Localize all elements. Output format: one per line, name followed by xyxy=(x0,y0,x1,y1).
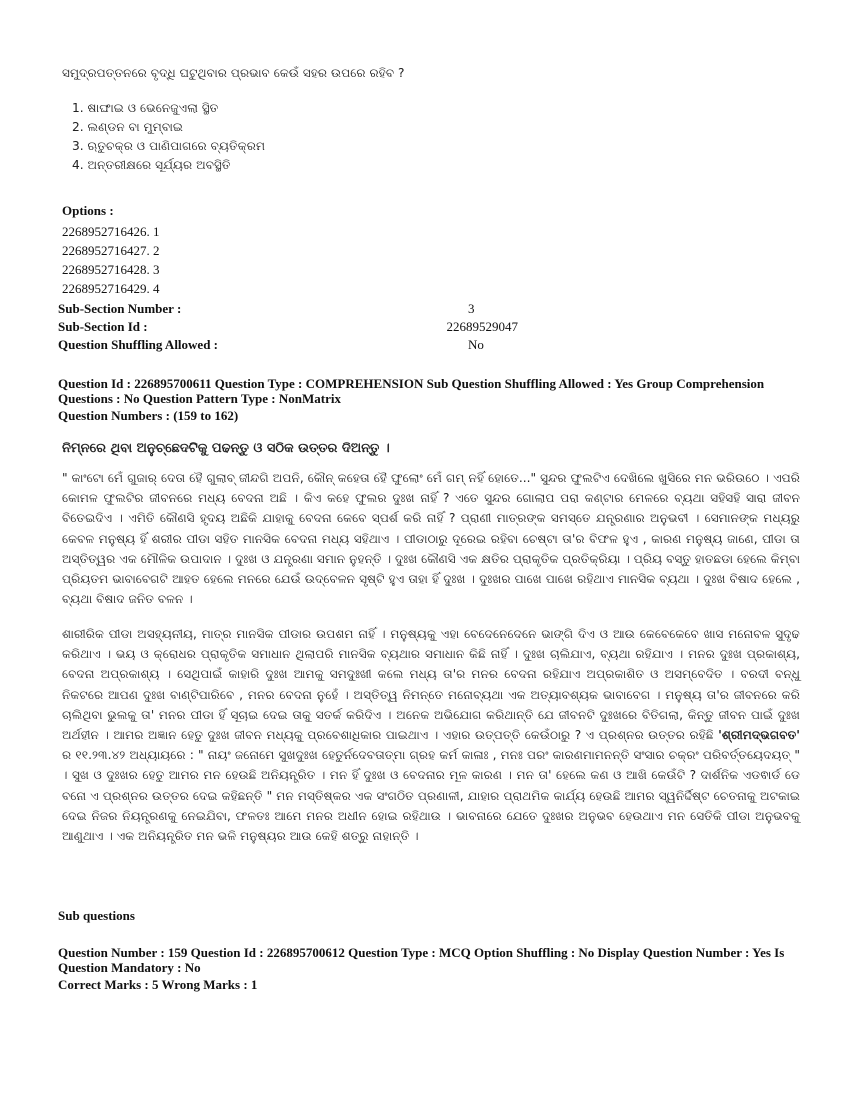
marks-info: Correct Marks : 5 Wrong Marks : 1 xyxy=(58,977,257,993)
question-numbers: Question Numbers : (159 to 162) xyxy=(58,408,238,424)
subsection-meta: Sub-Section Number : 3 Sub-Section Id : … xyxy=(58,300,518,354)
passage-paragraph-2: ଶାରୀରିକ ପୀଡା ଅସହ୍ୟନୀୟ, ମାତ୍ର ମାନସିକ ପୀଡା… xyxy=(62,624,800,846)
sub-question-header: Question Number : 159 Question Id : 2268… xyxy=(58,945,803,975)
question-text: ସମୁଦ୍ରପତ୍ତନରେ ବୃଦ୍ଧି ଘଟୁଥିବାର ପ୍ରଭାବ କେଉ… xyxy=(62,66,405,81)
passage-paragraph-1: " କାଂଟୋ ମେଁ ଗୁଜାର୍ ଦେତା ହୈ ଗୁଲାବ୍ ଜୀନ୍ଦଗ… xyxy=(62,468,800,609)
meta-key: Sub-Section Id : xyxy=(58,318,447,336)
choice-3: 3. ଋତୁଚକ୍ର ଓ ପାଣିପାଗରେ ବ୍ୟତିକ୍ରମ xyxy=(72,137,265,156)
shuffling-row: Question Shuffling Allowed : No xyxy=(58,336,518,354)
choice-1: 1. ଷାଙ୍ଘାଇ ଓ ଭେନେଜୁଏଲା ସ୍ଥିତ xyxy=(72,99,265,118)
scripture-title: 'ଶ୍ରୀମଦ୍ଭଗବତ' xyxy=(718,728,800,742)
passage-text: ର ୧୧.୨୩.୪୨ ଅଧ୍ୟାୟରେ : " ନାୟଂ ଜନୋମେ ସୁଖଦୁ… xyxy=(62,748,800,843)
subsection-id-row: Sub-Section Id : 22689529047 xyxy=(58,318,518,336)
question-choices: 1. ଷାଙ୍ଘାଇ ଓ ଭେନେଜୁଏଲା ସ୍ଥିତ 2. ଲଣ୍ଡନ ବା… xyxy=(72,99,265,175)
option-ids-list: 2268952716426. 1 2268952716427. 2 226895… xyxy=(62,222,160,298)
passage-text: ଶାରୀରିକ ପୀଡା ଅସହ୍ୟନୀୟ, ମାତ୍ର ମାନସିକ ପୀଡା… xyxy=(62,627,800,742)
option-id-3: 2268952716428. 3 xyxy=(62,260,160,279)
meta-value: No xyxy=(468,336,518,354)
choice-4: 4. ଅନ୍ତରୀକ୍ଷରେ ସୂର୍ଯ୍ୟର ଅବସ୍ଥିତି xyxy=(72,156,265,175)
option-id-4: 2268952716429. 4 xyxy=(62,279,160,298)
meta-value: 3 xyxy=(468,300,518,318)
option-id-2: 2268952716427. 2 xyxy=(62,241,160,260)
option-id-1: 2268952716426. 1 xyxy=(62,222,160,241)
meta-key: Sub-Section Number : xyxy=(58,300,468,318)
options-label: Options : xyxy=(62,203,114,219)
sub-questions-label: Sub questions xyxy=(58,908,135,924)
meta-key: Question Shuffling Allowed : xyxy=(58,336,468,354)
meta-value: 22689529047 xyxy=(447,318,519,336)
instruction: ନିମ୍ନରେ ଥିବା ଅନୁଚ୍ଛେଦଟିକୁ ପଢନ୍ତୁ ଓ ସଠିକ … xyxy=(62,441,390,456)
comprehension-header: Question Id : 226895700611 Question Type… xyxy=(58,376,798,406)
choice-2: 2. ଲଣ୍ଡନ ବା ମୁମ୍ବାଇ xyxy=(72,118,265,137)
subsection-number-row: Sub-Section Number : 3 xyxy=(58,300,518,318)
